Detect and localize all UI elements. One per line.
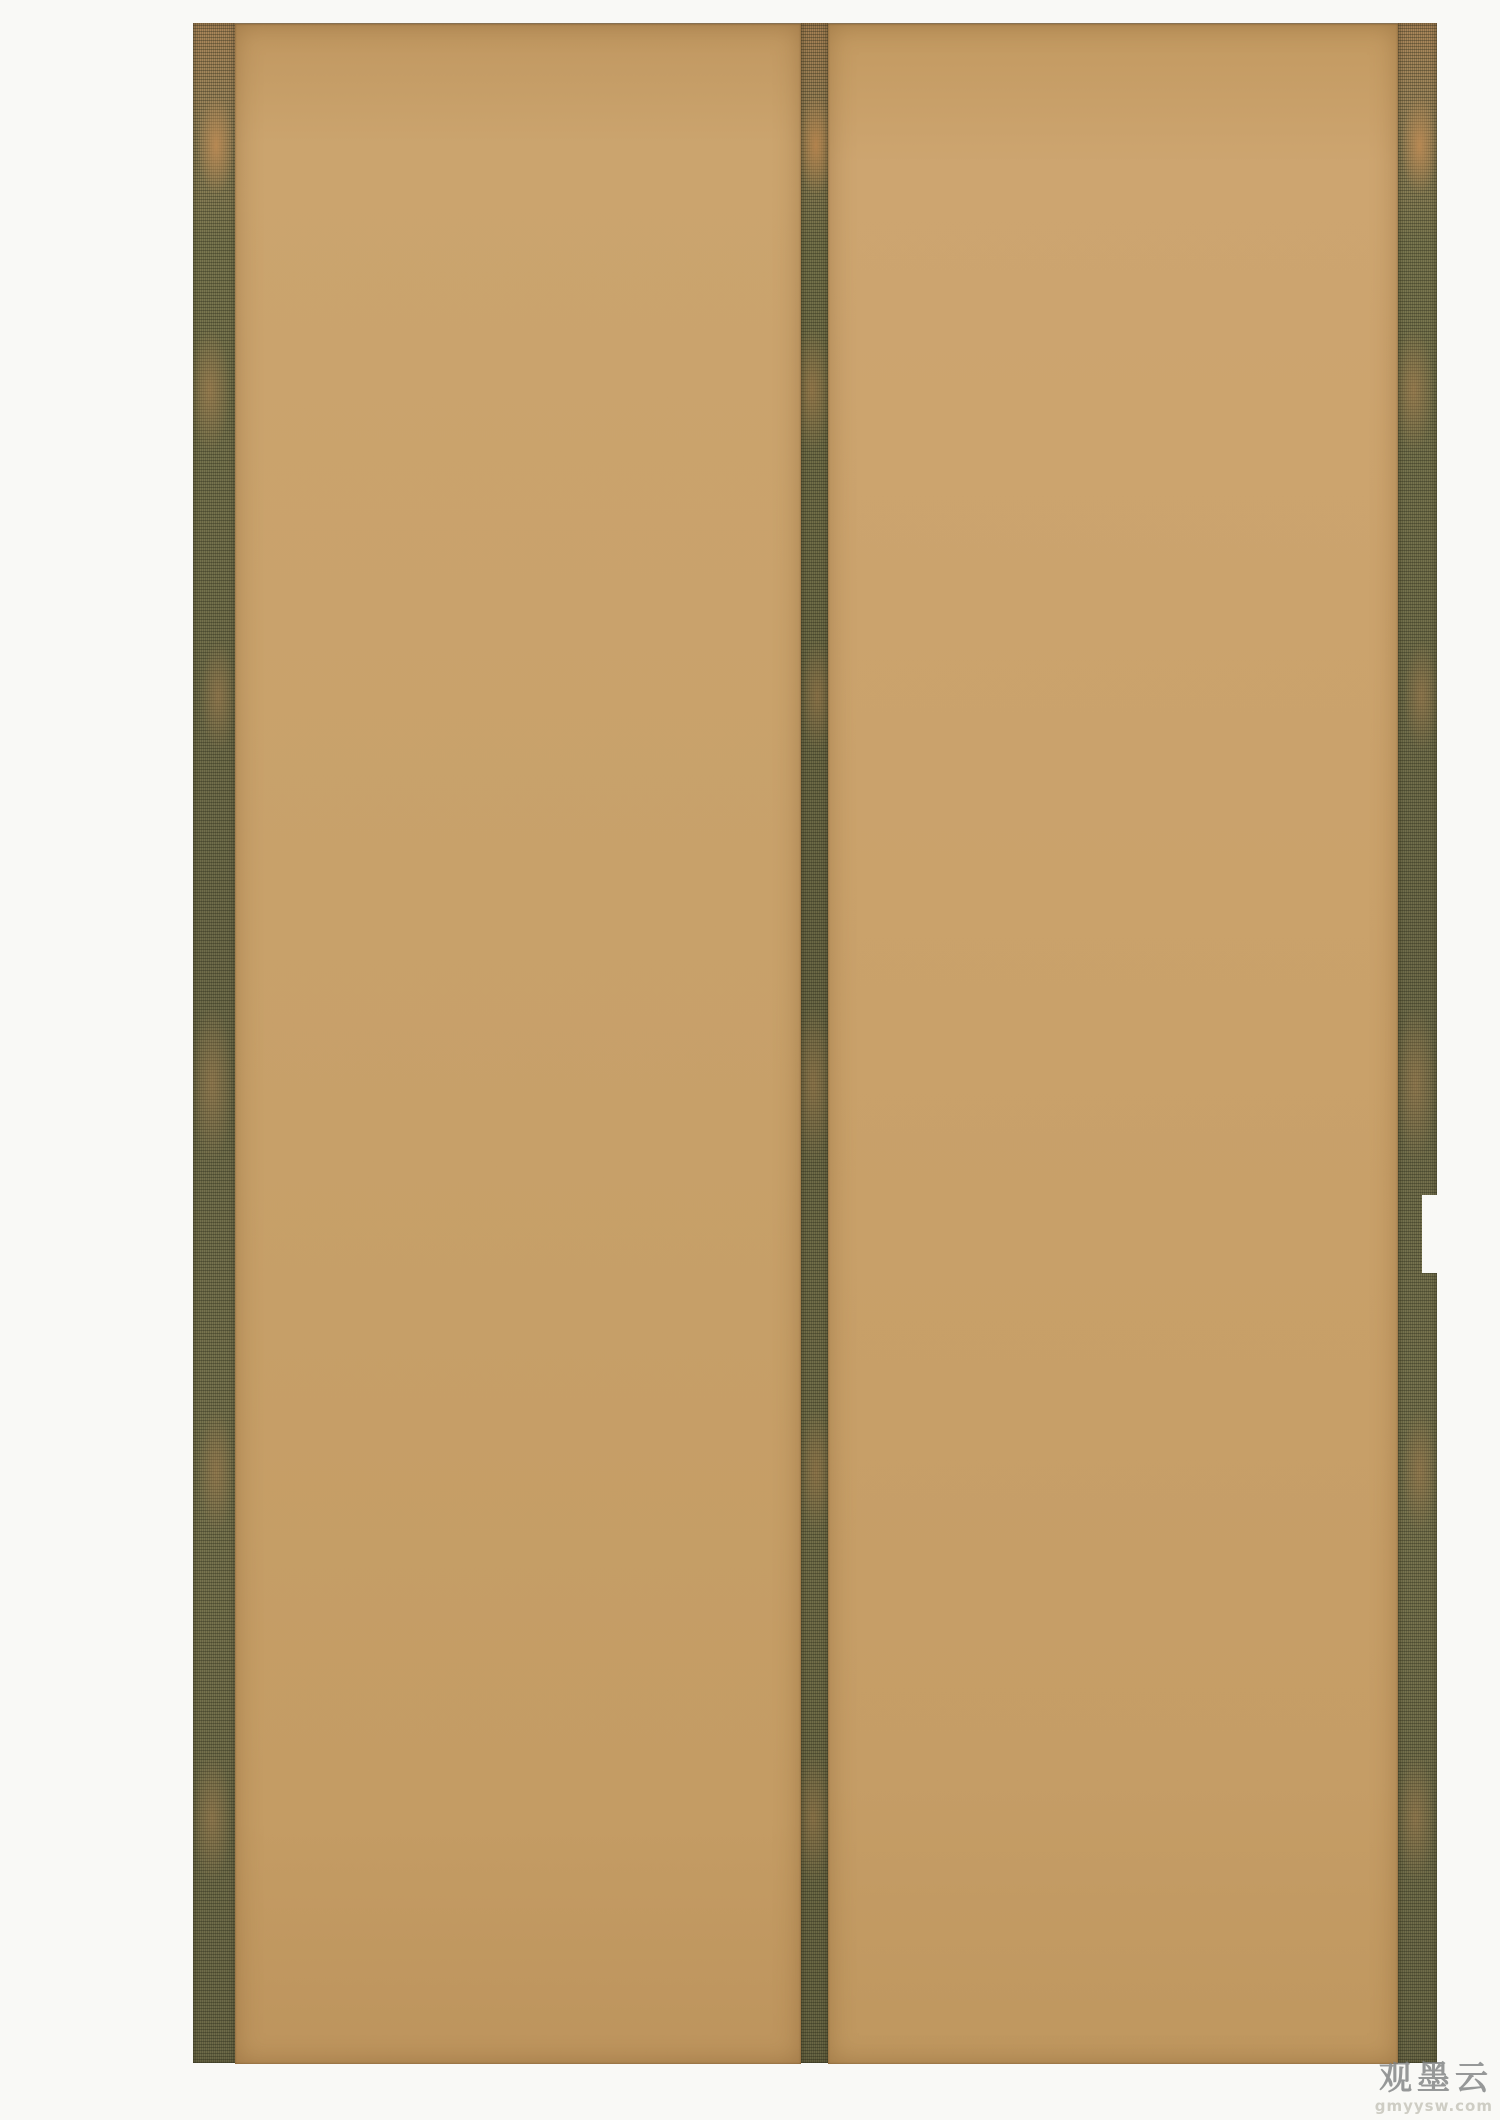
left-leaf	[235, 23, 801, 2064]
calligraphy-scroll	[193, 23, 1437, 2063]
right-leaf	[828, 23, 1398, 2064]
watermark: 观墨云 gmyysw.com	[1293, 2060, 1493, 2115]
watermark-text: 观墨云	[1293, 2060, 1493, 2096]
brocade-border-left	[193, 23, 235, 2063]
scan-background: 观墨云 gmyysw.com	[0, 0, 1500, 2120]
brocade-border-right	[1398, 23, 1437, 2063]
brocade-divider	[801, 23, 828, 2063]
watermark-url: gmyysw.com	[1293, 2098, 1493, 2115]
edge-notch	[1422, 1195, 1439, 1273]
